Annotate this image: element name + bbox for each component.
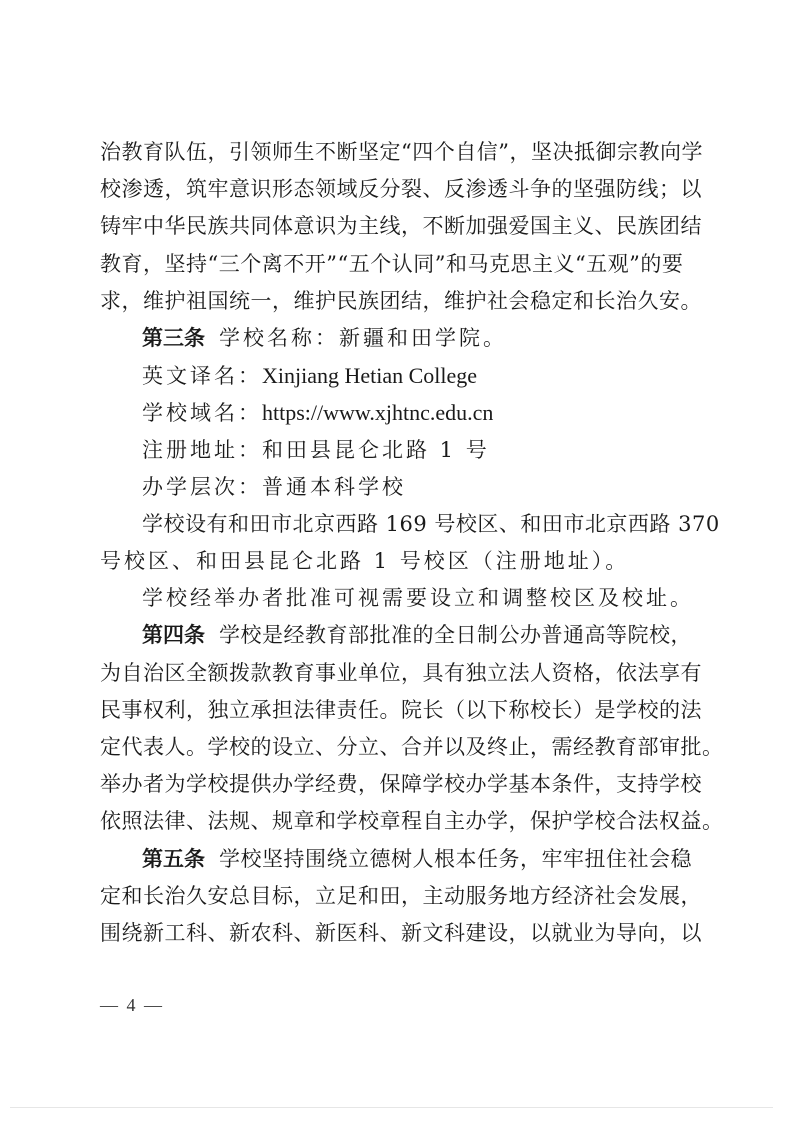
paragraph-line: 治教育队伍，引领师生不断坚定“四个自信”，坚决抵御宗教向学: [100, 134, 680, 171]
article-4-text: 学校是经教育部批准的全日制公办普通高等院校，: [219, 623, 692, 647]
article-5-heading: 第五条: [142, 847, 205, 871]
domain-value: https://www.xjhtnc.edu.cn: [262, 400, 493, 425]
level-line: 办学层次：普通本科学校: [100, 469, 680, 506]
article-5-line: 第五条学校坚持围绕立德树人根本任务，牢牢扭住社会稳: [100, 841, 680, 878]
paragraph-line: 定和长治久安总目标，立足和田，主动服务地方经济社会发展，: [100, 878, 680, 915]
paragraph-line: 围绕新工科、新农科、新医科、新文科建设，以就业为导向，以: [100, 915, 680, 952]
bottom-divider: [10, 1107, 773, 1108]
school-name: 学校名称：新疆和田学院。: [219, 326, 507, 350]
level-label: 办学层次：: [142, 475, 262, 499]
english-name-label: 英文译名：: [142, 364, 262, 388]
paragraph-line: 教育，坚持“三个离不开”“五个认同”和马克思主义“五观”的要: [100, 246, 680, 283]
english-name-value: Xinjiang Hetian College: [262, 363, 477, 388]
campus-line: 学校设有和田市北京西路 169 号校区、和田市北京西路 370: [100, 506, 680, 543]
article-3-line: 第三条学校名称：新疆和田学院。: [100, 320, 680, 357]
domain-line: 学校域名：https://www.xjhtnc.edu.cn: [100, 394, 680, 431]
paragraph-line: 校渗透，筑牢意识形态领域反分裂、反渗透斗争的坚强防线；以: [100, 171, 680, 208]
paragraph-line: 定代表人。学校的设立、分立、合并以及终止，需经教育部审批。: [100, 729, 680, 766]
article-4-line: 第四条学校是经教育部批准的全日制公办普通高等院校，: [100, 617, 680, 654]
campus-adjust-line: 学校经举办者批准可视需要设立和调整校区及校址。: [100, 580, 680, 617]
level-value: 普通本科学校: [262, 475, 406, 499]
page-number: — 4 —: [100, 995, 164, 1016]
document-page: 治教育队伍，引领师生不断坚定“四个自信”，坚决抵御宗教向学 校渗透，筑牢意识形态…: [0, 0, 793, 1121]
article-5-text: 学校坚持围绕立德树人根本任务，牢牢扭住社会稳: [219, 847, 692, 871]
address-label: 注册地址：: [142, 438, 262, 462]
address-value: 和田县昆仑北路 1 号: [262, 438, 490, 462]
paragraph-line: 为自治区全额拨款教育事业单位，具有独立法人资格，依法享有: [100, 655, 680, 692]
article-3-heading: 第三条: [142, 326, 205, 350]
paragraph-line: 举办者为学校提供办学经费，保障学校办学基本条件，支持学校: [100, 766, 680, 803]
english-name-line: 英文译名：Xinjiang Hetian College: [100, 357, 680, 394]
paragraph-line: 求，维护祖国统一，维护民族团结，维护社会稳定和长治久安。: [100, 283, 680, 320]
paragraph-line: 依照法律、法规、规章和学校章程自主办学，保护学校合法权益。: [100, 803, 680, 840]
document-body: 治教育队伍，引领师生不断坚定“四个自信”，坚决抵御宗教向学 校渗透，筑牢意识形态…: [100, 134, 680, 952]
campus-line: 号校区、和田县昆仑北路 1 号校区（注册地址）。: [100, 543, 680, 580]
domain-label: 学校域名：: [142, 401, 262, 425]
article-4-heading: 第四条: [142, 623, 205, 647]
paragraph-line: 民事权利，独立承担法律责任。院长（以下称校长）是学校的法: [100, 692, 680, 729]
paragraph-line: 铸牢中华民族共同体意识为主线，不断加强爱国主义、民族团结: [100, 208, 680, 245]
address-line: 注册地址：和田县昆仑北路 1 号: [100, 432, 680, 469]
